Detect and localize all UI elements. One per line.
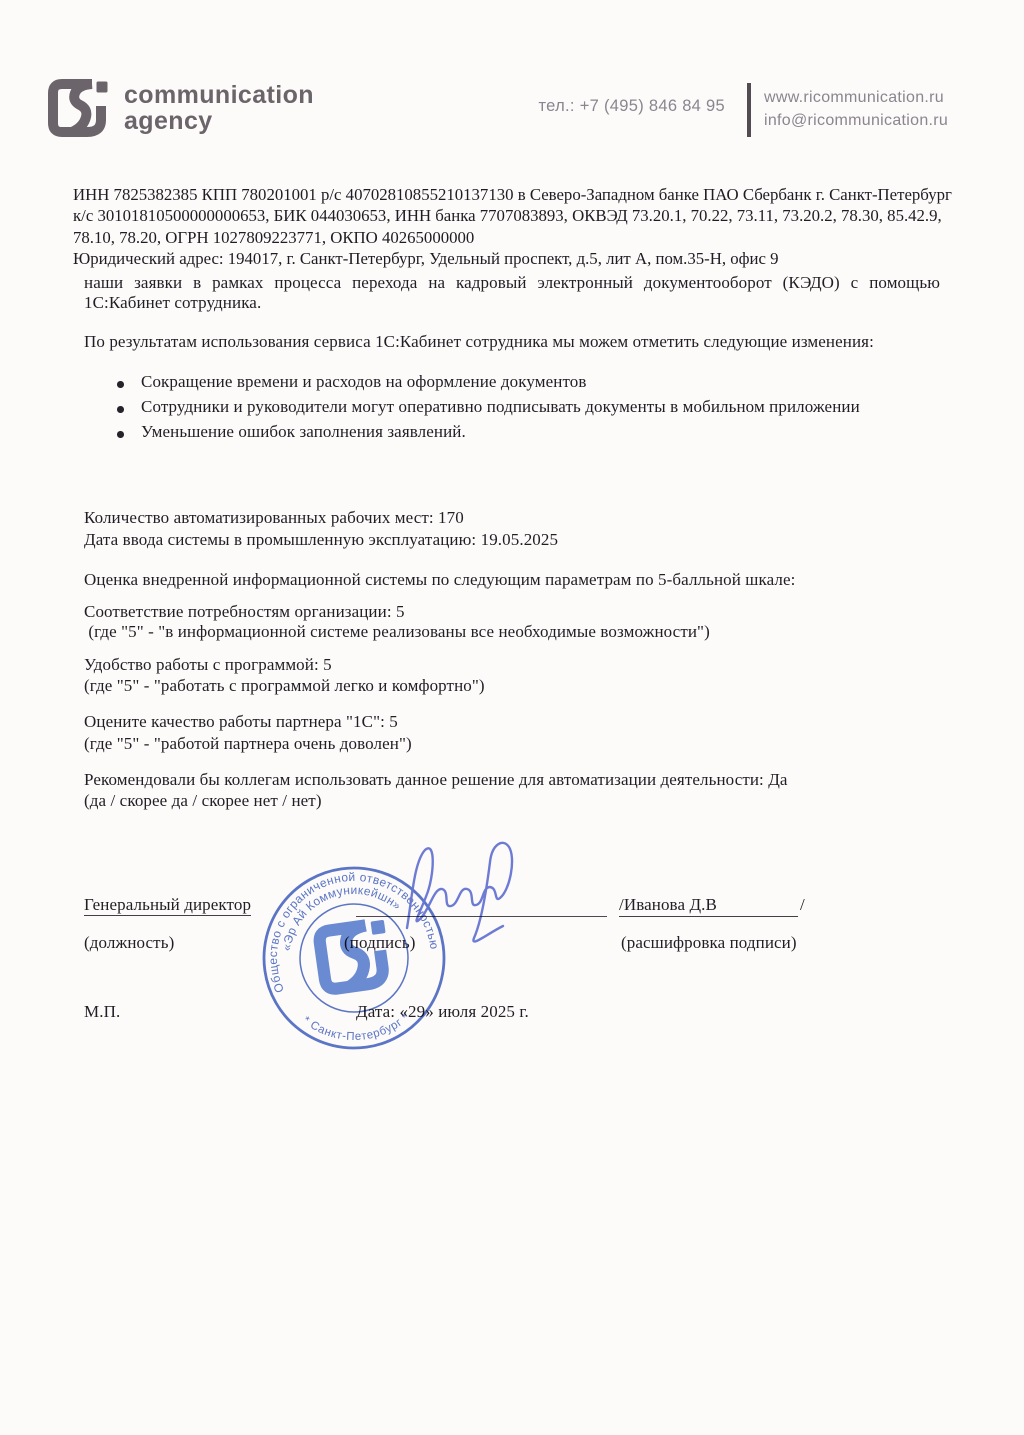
body-continuation-line2: 1С:Кабинет сотрудника. bbox=[84, 292, 261, 314]
workstations-count: Количество автоматизированных рабочих ме… bbox=[84, 507, 464, 529]
requisites-line: к/с 30101810500000000653, БИК 044030653,… bbox=[73, 205, 952, 226]
name-field: /Иванова Д.В bbox=[619, 894, 798, 917]
scanned-letter-page: communication agency тел.: +7 (495) 846 … bbox=[0, 0, 1024, 1435]
rating-value: Соответствие потребностям организации: 5 bbox=[84, 601, 405, 623]
bullet-icon bbox=[117, 431, 124, 438]
name-value-text: /Иванова Д.В bbox=[619, 895, 717, 914]
brand-line-1: communication bbox=[124, 82, 314, 108]
launch-date: Дата ввода системы в промышленную эксплу… bbox=[84, 529, 558, 551]
bullet-item: Сотрудники и руководители могут оператив… bbox=[141, 396, 860, 418]
results-lead: По результатам использования сервиса 1С:… bbox=[84, 331, 874, 353]
rating-lead: Оценка внедренной информационной системы… bbox=[84, 569, 795, 591]
header-phone: тел.: +7 (495) 846 84 95 bbox=[490, 97, 725, 116]
name-label: (расшифровка подписи) bbox=[621, 932, 797, 954]
company-stamp: Общество с ограниченной ответственностью… bbox=[226, 816, 532, 1070]
header-website: www.ricommunication.ru bbox=[764, 86, 948, 109]
brand-line-2: agency bbox=[124, 108, 314, 134]
brand-wordmark: communication agency bbox=[124, 82, 314, 134]
bullet-item: Уменьшение ошибок заполнения заявлений. bbox=[141, 421, 466, 443]
bullet-item: Сокращение времени и расходов на оформле… bbox=[141, 371, 587, 393]
header-contacts: www.ricommunication.ru info@ricommunicat… bbox=[764, 86, 948, 132]
rating-value: Удобство работы с программой: 5 bbox=[84, 654, 332, 676]
seal-mark: М.П. bbox=[84, 1001, 120, 1023]
rating-note: (где "5" - "в информационной системе реа… bbox=[84, 621, 710, 643]
recommendation: Рекомендовали бы коллегам использовать д… bbox=[84, 769, 788, 791]
header-email: info@ricommunication.ru bbox=[764, 109, 948, 132]
requisites-line: ИНН 7825382385 КПП 780201001 р/с 4070281… bbox=[73, 184, 952, 205]
bullet-icon bbox=[117, 406, 124, 413]
company-requisites: ИНН 7825382385 КПП 780201001 р/с 4070281… bbox=[73, 184, 952, 269]
position-label: (должность) bbox=[84, 932, 174, 954]
requisites-line: 78.10, 78.20, ОГРН 1027809223771, ОКПО 4… bbox=[73, 227, 952, 248]
name-trailing-slash: / bbox=[800, 894, 805, 916]
svg-text:* Санкт-Петербург *: * Санкт-Петербург * bbox=[299, 1000, 414, 1051]
stamp-bottom-text: * Санкт-Петербург * bbox=[299, 1000, 414, 1051]
rating-note: (где "5" - "работой партнера очень довол… bbox=[84, 733, 412, 755]
rating-note: (где "5" - "работать с программой легко … bbox=[84, 675, 485, 697]
stamp-ri-logo-icon bbox=[318, 920, 392, 990]
body-continuation-line1: наши заявки в рамках процесса перехода н… bbox=[84, 272, 940, 294]
ri-logo-icon bbox=[47, 77, 111, 139]
rating-value: Оцените качество работы партнера "1С": 5 bbox=[84, 711, 398, 733]
recommendation-options: (да / скорее да / скорее нет / нет) bbox=[84, 790, 322, 812]
header-divider bbox=[747, 83, 751, 137]
requisites-line: Юридический адрес: 194017, г. Санкт-Пете… bbox=[73, 248, 952, 269]
bullet-icon bbox=[117, 381, 124, 388]
